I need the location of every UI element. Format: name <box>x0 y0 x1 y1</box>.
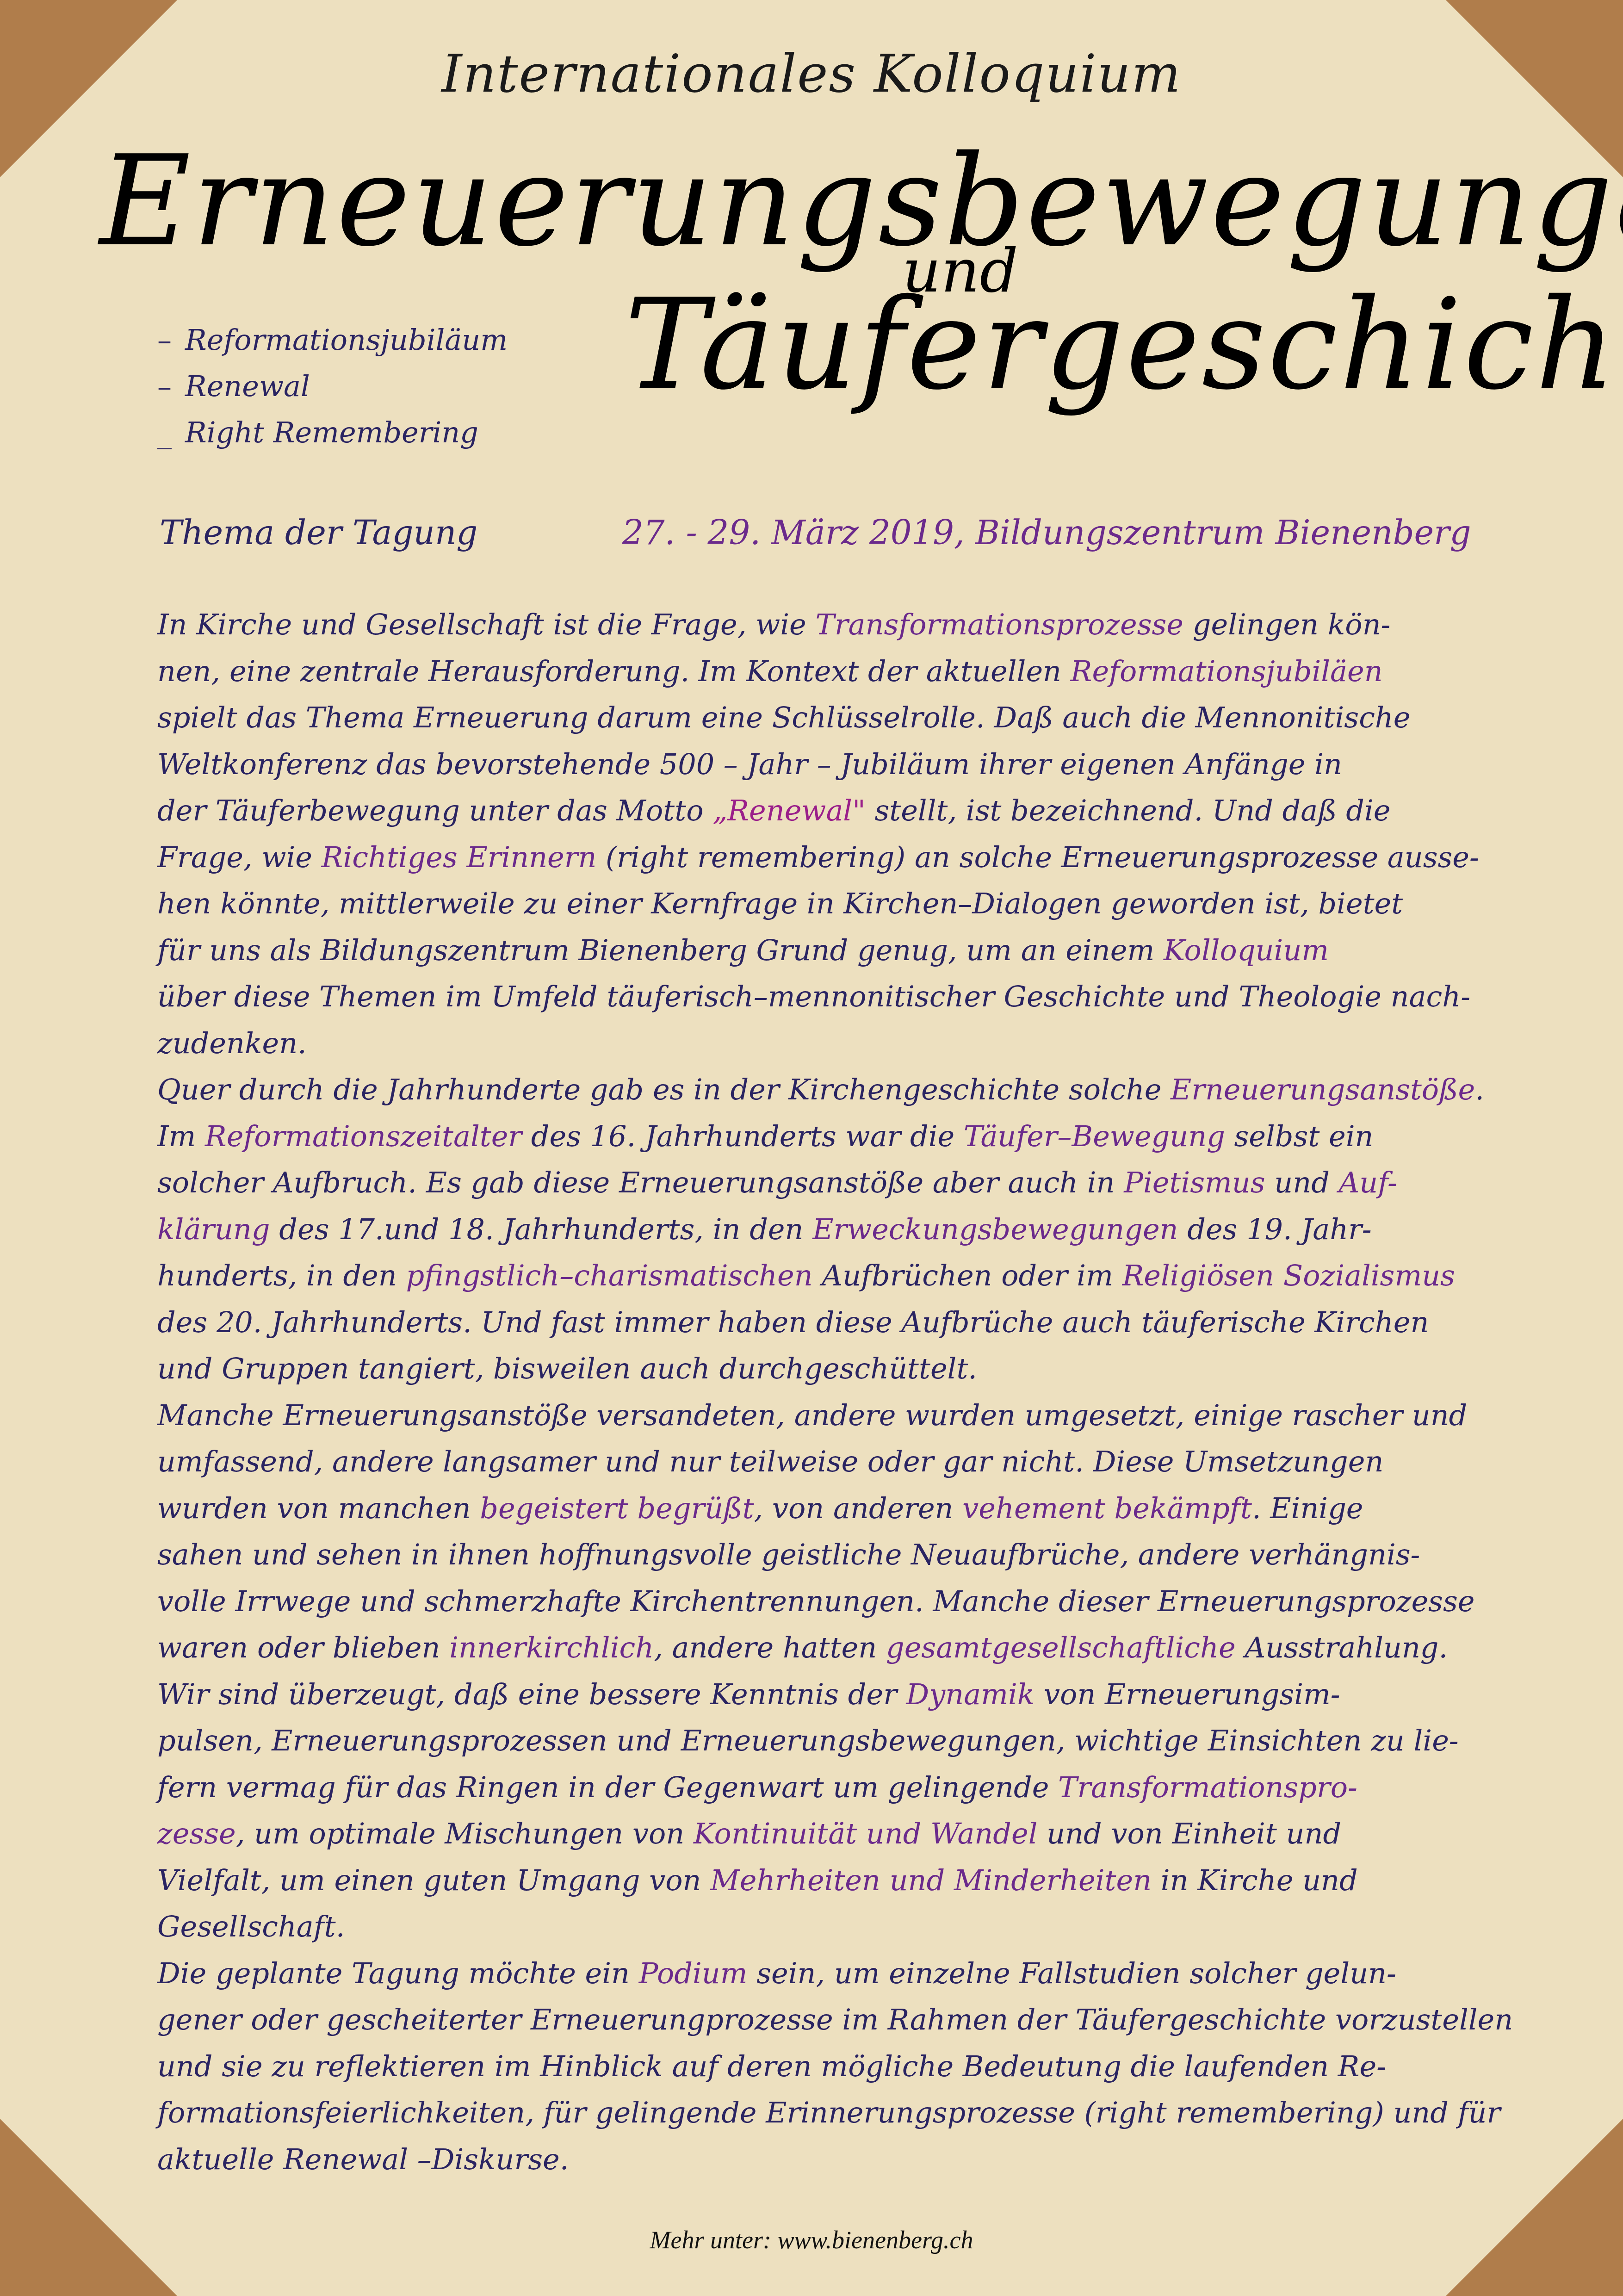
dash-bullet-icon: – <box>157 317 176 363</box>
body-text-segment: aktuelle Renewal –Diskurse. <box>157 2142 569 2176</box>
body-text-segment: Die geplante Tagung möchte ein <box>157 1956 639 1990</box>
body-line: für uns als Bildungszentrum Bienenberg G… <box>157 927 1601 974</box>
highlighted-term: Auf- <box>1339 1166 1397 1199</box>
poster-page: Internationales Kolloquium Erneuerungsbe… <box>0 0 1623 2296</box>
body-text-segment: umfassend, andere langsamer und nur teil… <box>157 1445 1383 1478</box>
event-date-location: 27. - 29. März 2019, Bildungszentrum Bie… <box>622 516 1471 549</box>
body-text-segment: gener oder gescheiterter Erneuerungproze… <box>157 2003 1513 2036</box>
topic-item: –Renewal <box>157 363 508 410</box>
highlighted-term: klärung <box>157 1212 270 1246</box>
body-text-segment: und von Einheit und <box>1037 1817 1341 1850</box>
highlighted-term: Transformationspro- <box>1058 1770 1357 1804</box>
body-text-segment: Vielfalt, um einen guten Umgang von <box>157 1863 710 1897</box>
body-text-segment: . Einige <box>1252 1491 1363 1525</box>
body-text-segment: über diese Themen im Umfeld täuferisch–m… <box>157 980 1470 1013</box>
body-text-segment: waren oder blieben <box>157 1631 449 1664</box>
body-line: volle Irrwege und schmerzhafte Kirchentr… <box>157 1578 1601 1625</box>
title-line-1: Erneuerungsbewegungen <box>99 139 1623 264</box>
body-text-segment: pulsen, Erneuerungsprozessen und Erneuer… <box>157 1724 1459 1757</box>
dash-bullet-icon: – <box>157 363 176 410</box>
highlighted-term: Erweckungsbewegungen <box>812 1212 1178 1246</box>
body-text-segment: . <box>1475 1073 1484 1106</box>
body-text-segment: Manche Erneuerungsanstöße versandeten, a… <box>157 1398 1467 1432</box>
body-line: der Täuferbewegung unter das Motto „Rene… <box>157 788 1601 834</box>
body-text-segment: , um optimale Mischungen von <box>236 1817 694 1850</box>
highlighted-term: Mehrheiten und Minderheiten <box>710 1863 1152 1897</box>
body-line: sahen und sehen in ihnen hoffnungsvolle … <box>157 1532 1601 1578</box>
body-line: Gesellschaft. <box>157 1904 1601 1950</box>
body-text-segment: , andere hatten <box>654 1631 886 1664</box>
body-line: fern vermag für das Ringen in der Gegenw… <box>157 1764 1601 1811</box>
body-line: wurden von manchen begeistert begrüßt, v… <box>157 1485 1601 1532</box>
body-text-segment: zudenken. <box>157 1026 307 1060</box>
body-text-segment: und sie zu reflektieren im Hinblick auf … <box>157 2049 1386 2083</box>
highlighted-term: Reformationsjubiläen <box>1071 654 1383 688</box>
body-line: Wir sind überzeugt, daß eine bessere Ken… <box>157 1671 1601 1718</box>
body-text-segment: hen könnte, mittlerweile zu einer Kernfr… <box>157 887 1403 920</box>
body-line: zudenken. <box>157 1020 1601 1067</box>
highlighted-motto: „Renewal" <box>712 794 866 827</box>
body-line: Die geplante Tagung möchte ein Podium se… <box>157 1950 1601 1997</box>
body-text-segment: Frage, wie <box>157 840 322 874</box>
body-text-segment: des 20. Jahrhunderts. Und fast immer hab… <box>157 1305 1429 1339</box>
body-line: formationsfeierlichkeiten, für gelingend… <box>157 2090 1601 2136</box>
body-line: zesse, um optimale Mischungen von Kontin… <box>157 1811 1601 1857</box>
highlighted-term: zesse <box>157 1817 236 1850</box>
body-text-segment: stellt, ist bezeichnend. Und daß die <box>866 794 1391 827</box>
highlighted-term: Täufer–Bewegung <box>964 1119 1225 1153</box>
highlighted-term: Podium <box>639 1956 748 1990</box>
body-line: gener oder gescheiterter Erneuerungproze… <box>157 1997 1601 2043</box>
body-text-segment: hunderts, in den <box>157 1259 406 1292</box>
topic-label: Right Remembering <box>185 416 478 449</box>
body-text-segment: formationsfeierlichkeiten, für gelingend… <box>157 2096 1500 2129</box>
body-line: Manche Erneuerungsanstöße versandeten, a… <box>157 1392 1601 1439</box>
body-line: des 20. Jahrhunderts. Und fast immer hab… <box>157 1299 1601 1346</box>
body-text-segment: des 17.und 18. Jahrhunderts, in den <box>270 1212 813 1246</box>
topic-label: Reformationsjubiläum <box>185 323 508 357</box>
highlighted-term: Reformationszeitalter <box>205 1119 522 1153</box>
highlighted-term: Religiösen Sozialismus <box>1122 1259 1455 1292</box>
body-text-segment: selbst ein <box>1225 1119 1374 1153</box>
title-line-2: Täufergeschichte <box>625 282 1623 407</box>
topic-item: –Reformationsjubiläum <box>157 317 508 363</box>
body-line: hunderts, in den pfingstlich–charismatis… <box>157 1253 1601 1299</box>
body-line: spielt das Thema Erneuerung darum eine S… <box>157 695 1601 741</box>
body-line: Frage, wie Richtiges Erinnern (right rem… <box>157 834 1601 881</box>
body-line: hen könnte, mittlerweile zu einer Kernfr… <box>157 881 1601 927</box>
meta-label: Thema der Tagung <box>160 516 477 549</box>
body-text: In Kirche und Gesellschaft ist die Frage… <box>157 602 1601 2183</box>
body-text-segment: für uns als Bildungszentrum Bienenberg G… <box>157 933 1164 967</box>
body-line: und sie zu reflektieren im Hinblick auf … <box>157 2043 1601 2090</box>
body-line: über diese Themen im Umfeld täuferisch–m… <box>157 974 1601 1020</box>
footer-link[interactable]: Mehr unter: www.bienenberg.ch <box>0 2226 1623 2254</box>
highlighted-term: Erneuerungsanstöße <box>1171 1073 1475 1106</box>
highlighted-term: Transformationsprozesse <box>816 608 1184 641</box>
topic-list: –Reformationsjubiläum –Renewal _Right Re… <box>157 317 508 456</box>
body-text-segment: Ausstrahlung. <box>1236 1631 1448 1664</box>
body-line: pulsen, Erneuerungsprozessen und Erneuer… <box>157 1718 1601 1764</box>
highlighted-term: Dynamik <box>906 1677 1035 1711</box>
dash-bullet-icon: _ <box>157 410 176 456</box>
highlighted-term: innerkirchlich <box>449 1631 654 1664</box>
body-text-segment: In Kirche und Gesellschaft ist die Frage… <box>157 608 816 641</box>
body-line: Im Reformationszeitalter des 16. Jahrhun… <box>157 1113 1601 1160</box>
body-text-segment: Gesellschaft. <box>157 1910 345 1943</box>
body-text-segment: Wir sind überzeugt, daß eine bessere Ken… <box>157 1677 906 1711</box>
corner-decoration-bottom-left <box>0 2119 177 2296</box>
body-text-segment: der Täuferbewegung unter das Motto <box>157 794 712 827</box>
body-text-segment: sein, um einzelne Fallstudien solcher ge… <box>748 1956 1396 1990</box>
topic-label: Renewal <box>185 369 310 403</box>
body-text-segment: gelingen kön- <box>1183 608 1390 641</box>
highlighted-term: Richtiges Erinnern <box>322 840 597 874</box>
body-line: solcher Aufbruch. Es gab diese Erneuerun… <box>157 1160 1601 1206</box>
body-line: Weltkonferenz das bevorstehende 500 – Ja… <box>157 741 1601 788</box>
highlighted-term: pfingstlich–charismatischen <box>406 1259 812 1292</box>
body-line: Quer durch die Jahrhunderte gab es in de… <box>157 1067 1601 1113</box>
highlighted-term: Kolloquium <box>1164 933 1329 967</box>
body-text-segment: des 19. Jahr- <box>1178 1212 1372 1246</box>
body-text-segment: Weltkonferenz das bevorstehende 500 – Ja… <box>157 747 1342 781</box>
body-text-segment: in Kirche und <box>1152 1863 1358 1897</box>
highlighted-term: Pietismus <box>1124 1166 1265 1199</box>
body-text-segment: Im <box>157 1119 205 1153</box>
body-text-segment: spielt das Thema Erneuerung darum eine S… <box>157 701 1410 734</box>
body-text-segment: des 16. Jahrhunderts war die <box>522 1119 964 1153</box>
body-text-segment: sahen und sehen in ihnen hoffnungsvolle … <box>157 1538 1420 1571</box>
body-text-segment: volle Irrwege und schmerzhafte Kirchentr… <box>157 1584 1474 1618</box>
highlighted-term: begeistert begrüßt <box>480 1491 754 1525</box>
body-line: In Kirche und Gesellschaft ist die Frage… <box>157 602 1601 648</box>
topic-item: _Right Remembering <box>157 410 508 456</box>
body-text-segment: solcher Aufbruch. Es gab diese Erneuerun… <box>157 1166 1124 1199</box>
body-line: nen, eine zentrale Herausforderung. Im K… <box>157 648 1601 695</box>
body-text-segment: Aufbrüchen oder im <box>813 1259 1122 1292</box>
body-line: und Gruppen tangiert, bisweilen auch dur… <box>157 1346 1601 1392</box>
body-text-segment: , von anderen <box>754 1491 963 1525</box>
body-text-segment: von Erneuerungsim- <box>1035 1677 1340 1711</box>
body-text-segment: fern vermag für das Ringen in der Gegenw… <box>157 1770 1058 1804</box>
body-text-segment: und <box>1265 1166 1339 1199</box>
body-text-segment: Quer durch die Jahrhunderte gab es in de… <box>157 1073 1171 1106</box>
body-text-segment: nen, eine zentrale Herausforderung. Im K… <box>157 654 1071 688</box>
body-text-segment: wurden von manchen <box>157 1491 480 1525</box>
highlighted-term: vehement bekämpft <box>962 1491 1252 1525</box>
body-line: aktuelle Renewal –Diskurse. <box>157 2136 1601 2183</box>
highlighted-term: gesamtgesellschaftliche <box>886 1631 1236 1664</box>
body-text-segment: (right remembering) an solche Erneuerung… <box>596 840 1479 874</box>
body-line: klärung des 17.und 18. Jahrhunderts, in … <box>157 1206 1601 1253</box>
body-line: waren oder blieben innerkirchlich, ander… <box>157 1625 1601 1671</box>
event-subtitle: Internationales Kolloquium <box>0 44 1623 104</box>
highlighted-term: Kontinuität und Wandel <box>694 1817 1038 1850</box>
body-text-segment: und Gruppen tangiert, bisweilen auch dur… <box>157 1352 977 1385</box>
body-line: umfassend, andere langsamer und nur teil… <box>157 1439 1601 1485</box>
body-line: Vielfalt, um einen guten Umgang von Mehr… <box>157 1857 1601 1904</box>
